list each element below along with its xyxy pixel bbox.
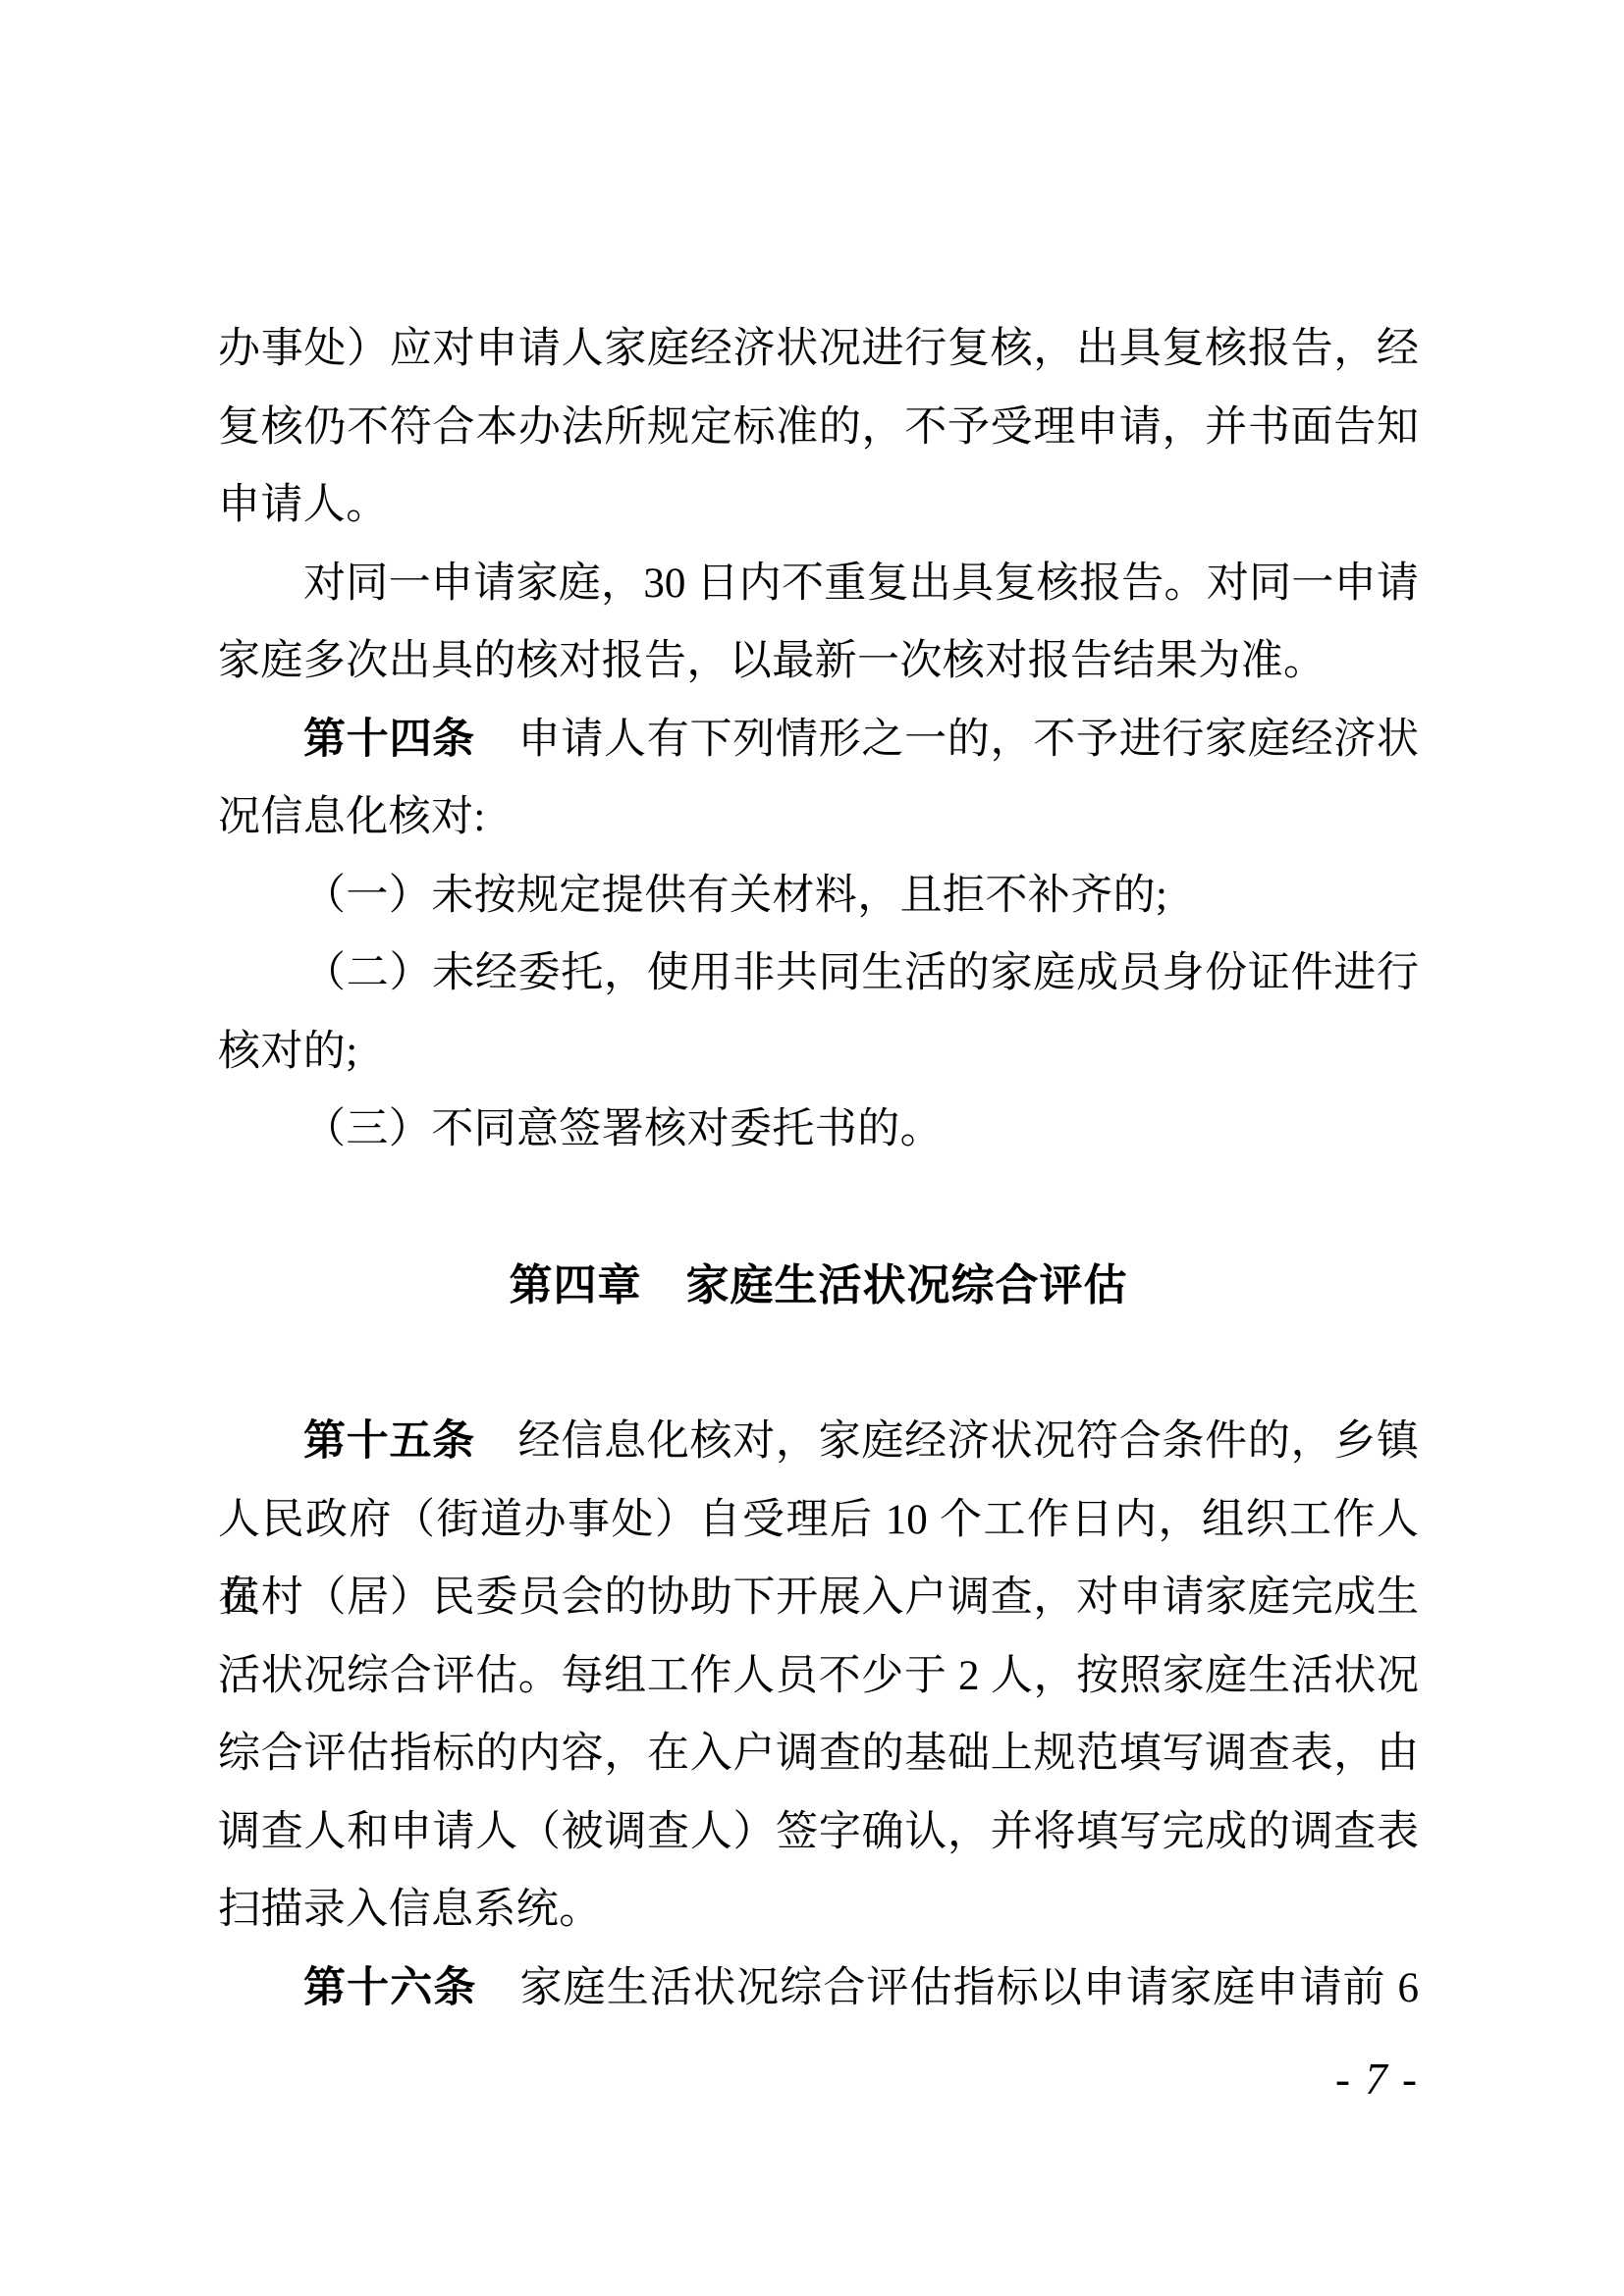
line-text: 申请人有下列情形之一的，不予进行家庭经济状 [475, 717, 1419, 763]
text-line: 第十六条 家庭生活状况综合评估指标以申请家庭申请前 6 [218, 1949, 1419, 2028]
document-page: 办事处）应对申请人家庭经济状况进行复核，出具复核报告，经复核仍不符合本办法所规定… [0, 0, 1624, 2296]
blank-line [218, 1325, 1419, 1404]
article-number: 第十四条 [303, 716, 475, 763]
text-line: （一）未按规定提供有关材料，且拒不补齐的; [218, 857, 1419, 935]
line-text: 家庭生活状况综合评估指标以申请家庭申请前 6 [476, 1965, 1419, 2011]
text-line: 家庭多次出具的核对报告，以最新一次核对报告结果为准。 [218, 622, 1419, 701]
text-line: 况信息化核对: [218, 778, 1419, 857]
page-body-text: 办事处）应对申请人家庭经济状况进行复核，出具复核报告，经复核仍不符合本办法所规定… [218, 310, 1419, 2027]
text-line: 核对的; [218, 1013, 1419, 1092]
article-number: 第十五条 [303, 1417, 475, 1465]
blank-line [218, 1169, 1419, 1248]
text-line: 人民政府（街道办事处）自受理后 10 个工作日内，组织工作人员 [218, 1481, 1419, 1560]
text-line: （二）未经委托，使用非共同生活的家庭成员身份证件进行 [218, 934, 1419, 1013]
text-line: 复核仍不符合本办法所规定标准的，不予受理申请，并书面告知 [218, 389, 1419, 467]
text-line: 在村（居）民委员会的协助下开展入户调查，对申请家庭完成生 [218, 1559, 1419, 1637]
text-line: 办事处）应对申请人家庭经济状况进行复核，出具复核报告，经 [218, 310, 1419, 389]
text-line: 第十五条 经信息化核对，家庭经济状况符合条件的，乡镇 [218, 1403, 1419, 1481]
page-number: - 7 - [218, 2055, 1419, 2104]
text-line: 第十四条 申请人有下列情形之一的，不予进行家庭经济状 [218, 701, 1419, 779]
text-line: 调查人和申请人（被调查人）签字确认，并将填写完成的调查表 [218, 1793, 1419, 1872]
text-line: 申请人。 [218, 466, 1419, 545]
text-line: 扫描录入信息系统。 [218, 1871, 1419, 1949]
line-text: 经信息化核对，家庭经济状况符合条件的，乡镇 [475, 1418, 1419, 1465]
text-line: （三）不同意签署核对委托书的。 [218, 1091, 1419, 1169]
text-line: 对同一申请家庭，30 日内不重复出具复核报告。对同一申请 [218, 545, 1419, 623]
text-line: 综合评估指标的内容，在入户调查的基础上规范填写调查表，由 [218, 1715, 1419, 1793]
chapter-heading: 第四章 家庭生活状况综合评估 [218, 1247, 1419, 1325]
article-number: 第十六条 [303, 1964, 476, 2011]
text-line: 活状况综合评估。每组工作人员不少于 2 人，按照家庭生活状况 [218, 1637, 1419, 1716]
